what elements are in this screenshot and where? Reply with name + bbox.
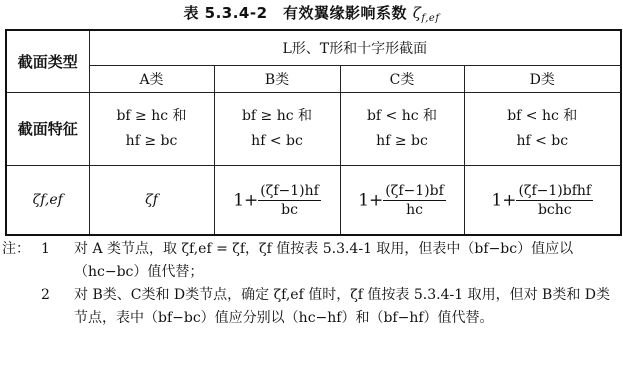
column-header-d: D类 [464, 66, 621, 93]
note-text: 对 B类、C类和 D类节点，确定 ζf,ef 值时，ζf 值按表 5.3.4-1… [74, 287, 610, 326]
feature-b: bf ≥ hc 和hf < bc [214, 93, 340, 166]
row-header-coefficient: ζf,ef [6, 166, 89, 236]
row-header-feature: 截面特征 [6, 93, 89, 166]
row-header-section-type: 截面类型 [6, 30, 89, 93]
table-title: 表 5.3.4-2 有效翼缘影响系数 ζf,ef [0, 2, 623, 24]
formula-d: 1+(ζf−1)bfhfbchc [464, 166, 621, 236]
group-header: L形、T形和十字形截面 [89, 30, 621, 66]
notes: 注： 1 对 A 类节点，取 ζf,ef = ζf，ζf 值按表 5.3.4-1… [36, 238, 621, 330]
coefficient-table: 截面类型 L形、T形和十字形截面 A类 B类 C类 D类 截面特征 bf ≥ h… [5, 29, 622, 236]
feature-d: bf < hc 和hf < bc [464, 93, 621, 166]
formula-a: ζf [89, 166, 214, 236]
note-number: 1 [41, 238, 50, 261]
note-number: 2 [41, 284, 50, 307]
column-header-a: A类 [89, 66, 214, 93]
formula-b: 1+(ζf−1)hfbc [214, 166, 340, 236]
title-text: 表 5.3.4-2 有效翼缘影响系数 [183, 4, 412, 22]
title-symbol: ζf,ef [413, 4, 440, 22]
note-1: 注： 1 对 A 类节点，取 ζf,ef = ζf，ζf 值按表 5.3.4-1… [36, 238, 621, 284]
note-2: 2 对 B类、C类和 D类节点，确定 ζf,ef 值时，ζf 值按表 5.3.4… [36, 284, 621, 330]
feature-c: bf < hc 和hf ≥ bc [340, 93, 464, 166]
formula-c: 1+(ζf−1)bfhc [340, 166, 464, 236]
column-header-c: C类 [340, 66, 464, 93]
column-header-b: B类 [214, 66, 340, 93]
feature-a: bf ≥ hc 和hf ≥ bc [89, 93, 214, 166]
notes-label: 注： [2, 238, 30, 261]
note-text: 对 A 类节点，取 ζf,ef = ζf，ζf 值按表 5.3.4-1 取用，但… [74, 241, 573, 280]
